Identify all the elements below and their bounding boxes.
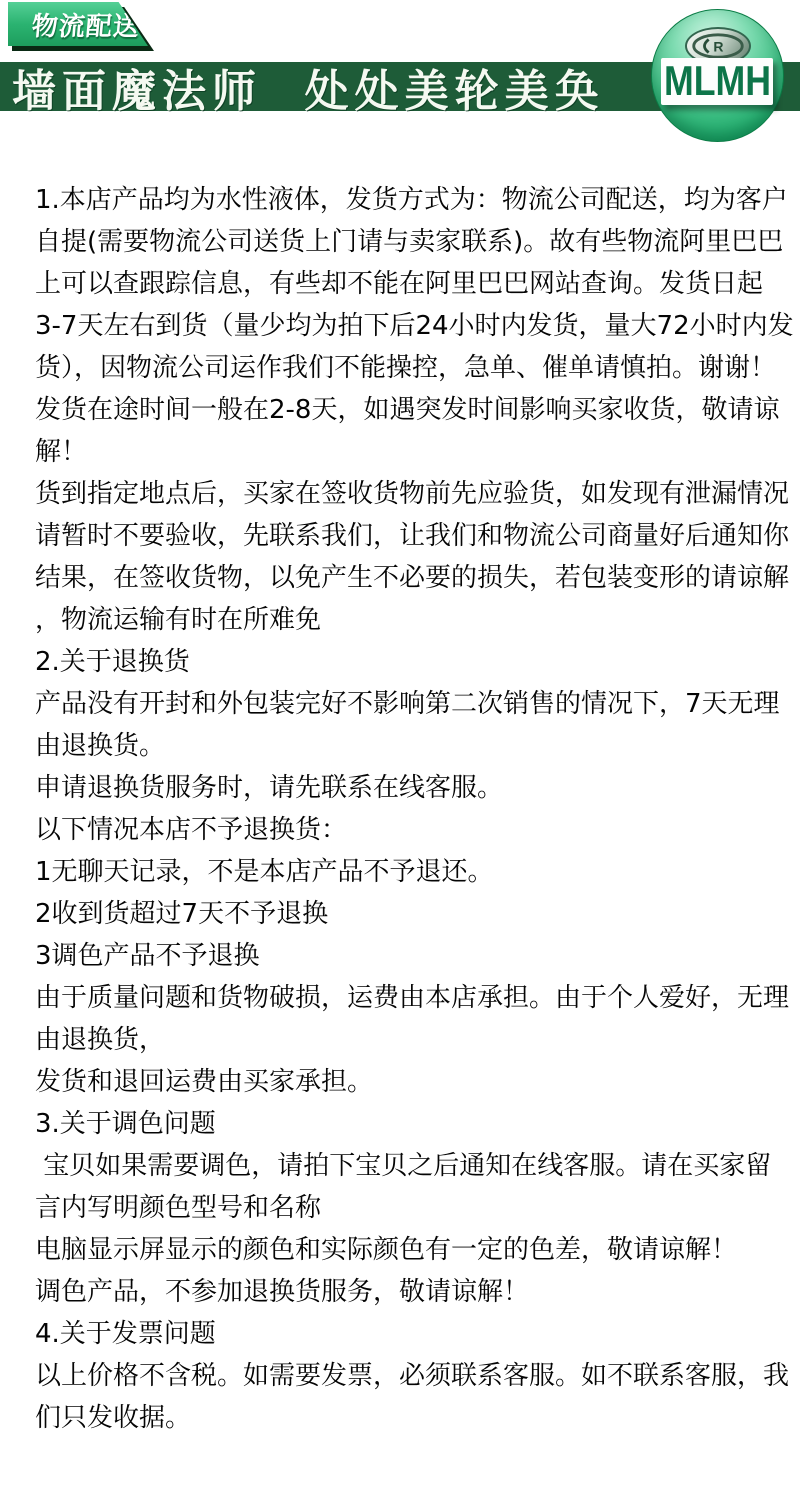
- policy-line: 发货在途时间一般在2-8天，如遇突发时间影响买家收货，敬请谅: [35, 389, 783, 431]
- policy-line: 由退换货。: [35, 725, 783, 767]
- policy-line: 由退换货，: [35, 1019, 783, 1061]
- brand-logo-badge: R MLMH: [651, 9, 784, 142]
- emblem-mark-icon: R: [690, 32, 746, 60]
- policy-text: 1.本店产品均为水性液体，发货方式为：物流公司配送，均为客户自提(需要物流公司送…: [35, 179, 783, 1439]
- policy-line: 1无聊天记录，不是本店产品不予退还。: [35, 851, 783, 893]
- policy-line: 由于质量问题和货物破损，运费由本店承担。由于个人爱好，无理: [35, 977, 783, 1019]
- policy-line: 解！: [35, 431, 783, 473]
- policy-line: 2.关于退换货: [35, 641, 783, 683]
- policy-line: 宝贝如果需要调色，请拍下宝贝之后通知在线客服。请在买家留: [35, 1145, 783, 1187]
- policy-line: 言内写明颜色型号和名称: [35, 1187, 783, 1229]
- policy-line: 调色产品，不参加退换货服务，敬请谅解！: [35, 1271, 783, 1313]
- policy-line: 申请退换货服务时，请先联系在线客服。: [35, 767, 783, 809]
- policy-line: 上可以查跟踪信息，有些却不能在阿里巴巴网站查询。发货日起: [35, 263, 783, 305]
- policy-line: 自提(需要物流公司送货上门请与卖家联系)。故有些物流阿里巴巴: [35, 221, 783, 263]
- policy-line: 以上价格不含税。如需要发票，必须联系客服。如不联系客服，我: [35, 1355, 783, 1397]
- policy-line: 1.本店产品均为水性液体，发货方式为：物流公司配送，均为客户: [35, 179, 783, 221]
- logo-text: MLMH: [663, 58, 770, 105]
- policy-line: ，物流运输有时在所难免: [35, 599, 783, 641]
- logo-plate: MLMH: [661, 58, 773, 105]
- policy-line: 3调色产品不予退换: [35, 935, 783, 977]
- policy-line: 3.关于调色问题: [35, 1103, 783, 1145]
- logistics-ribbon: 物流配送: [8, 2, 156, 52]
- policy-line: 们只发收据。: [35, 1397, 783, 1439]
- policy-line: 货），因物流公司运作我们不能操控，急单、催单请慎拍。谢谢！: [35, 347, 783, 389]
- policy-line: 请暂时不要验收，先联系我们，让我们和物流公司商量好后通知你: [35, 515, 783, 557]
- policy-line: 产品没有开封和外包装完好不影响第二次销售的情况下，7天无理: [35, 683, 783, 725]
- policy-line: 4.关于发票问题: [35, 1313, 783, 1355]
- policy-line: 电脑显示屏显示的颜色和实际颜色有一定的色差，敬请谅解！: [35, 1229, 783, 1271]
- svg-text:R: R: [713, 39, 723, 55]
- policy-line: 发货和退回运费由买家承担。: [35, 1061, 783, 1103]
- promo-page: 物流配送 墙面魔法师 处处美轮美奂 R MLMH 1.本店产品均为水性液体，发货…: [0, 0, 800, 1500]
- banner-title: 墙面魔法师 处处美轮美奂: [0, 55, 605, 119]
- policy-line: 2收到货超过7天不予退换: [35, 893, 783, 935]
- ribbon-tab: 物流配送: [8, 2, 148, 46]
- policy-line: 3-7天左右到货（量少均为拍下后24小时内发货，量大72小时内发: [35, 305, 783, 347]
- policy-line: 以下情况本店不予退换货：: [35, 809, 783, 851]
- policy-line: 货到指定地点后，买家在签收货物前先应验货，如发现有泄漏情况: [35, 473, 783, 515]
- policy-line: 结果，在签收货物，以免产生不必要的损失，若包装变形的请谅解: [35, 557, 783, 599]
